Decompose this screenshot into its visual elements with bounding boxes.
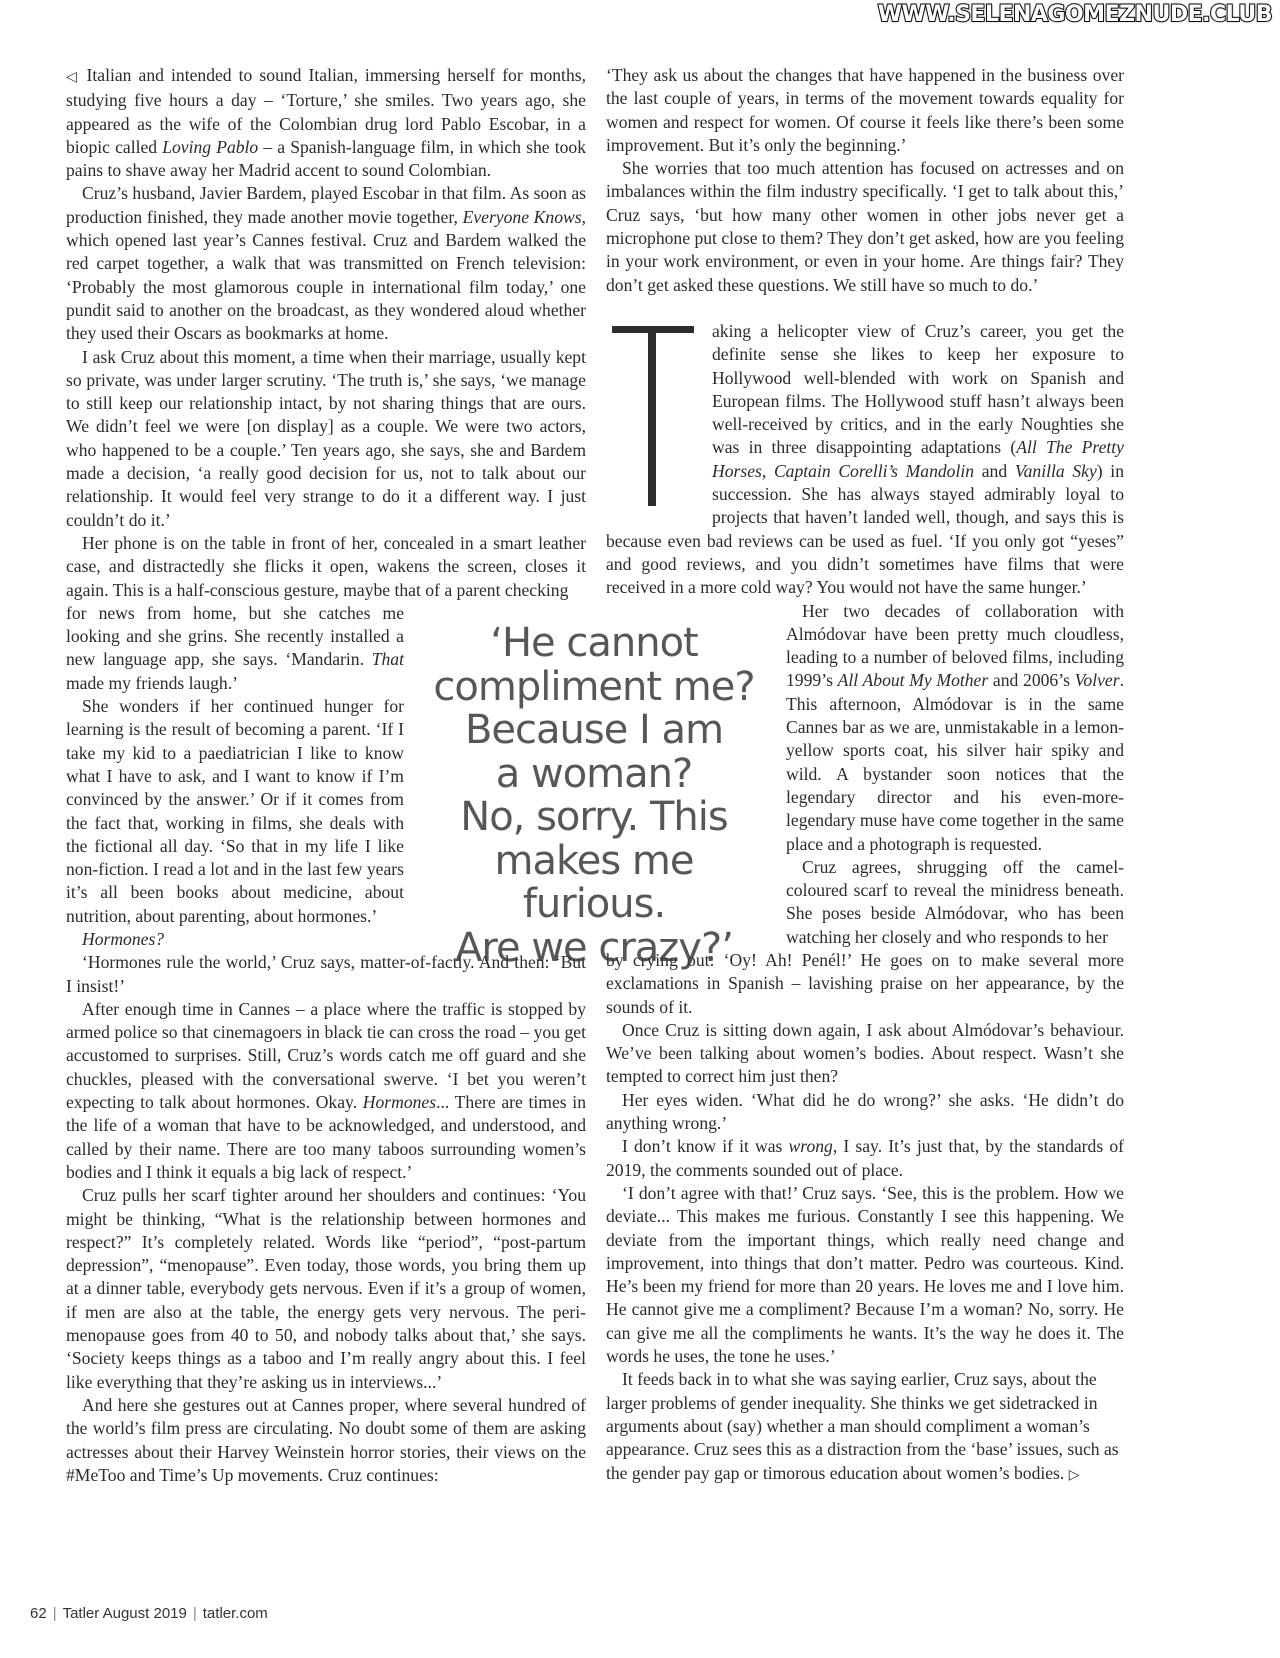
- pull-quote-line: Are we crazy?’: [418, 927, 770, 971]
- paragraph: Her phone is on the table in front of he…: [66, 532, 586, 602]
- pull-quote: ‘He cannot compliment me? Because I am a…: [418, 622, 770, 970]
- paragraph: I ask Cruz about this moment, a time whe…: [66, 346, 586, 532]
- paragraph: She wonders if her continued hunger for …: [66, 695, 404, 928]
- page-number: 62: [30, 1605, 47, 1622]
- paragraph: Her eyes widen. ‘What did he do wrong?’ …: [606, 1089, 1124, 1136]
- paragraph: Her two decades of collaboration with Al…: [786, 600, 1124, 856]
- paragraph: Hormones?: [66, 928, 404, 951]
- continued-from-icon: ◁: [66, 69, 79, 85]
- paragraph: After enough time in Cannes – a place wh…: [66, 998, 586, 1184]
- paragraph: ‘I don’t agree with that!’ Cruz says. ‘S…: [606, 1182, 1124, 1368]
- pull-quote-line: makes me furious.: [418, 840, 770, 927]
- pull-quote-line: No, sorry. This: [418, 796, 770, 840]
- paragraph: It feeds back in to what she was saying …: [606, 1368, 1124, 1486]
- publication-name: Tatler August 2019: [63, 1605, 187, 1622]
- paragraph: ‘They ask us about the changes that have…: [606, 64, 1124, 157]
- drop-cap-section: T aking a helicopter view of Cruz’s care…: [606, 320, 1124, 600]
- page-footer: 62|Tatler August 2019|tatler.com: [30, 1605, 268, 1622]
- pull-quote-line: ‘He cannot: [418, 622, 770, 666]
- paragraph: ◁ Italian and intended to sound Italian,…: [66, 64, 586, 182]
- pull-quote-line: a woman?: [418, 753, 770, 797]
- paragraph: for news from home, but she catches me l…: [66, 602, 404, 695]
- paragraph: Once Cruz is sitting down again, I ask a…: [606, 1019, 1124, 1089]
- film-title: Loving Pablo: [162, 137, 258, 157]
- pull-quote-line: Because I am: [418, 709, 770, 753]
- paragraph: I don’t know if it was wrong, I say. It’…: [606, 1135, 1124, 1182]
- film-title: Everyone Knows: [463, 207, 582, 227]
- pull-quote-line: compliment me?: [418, 666, 770, 710]
- paragraph: She worries that too much attention has …: [606, 157, 1124, 297]
- paragraph: Cruz’s husband, Javier Bardem, played Es…: [66, 182, 586, 345]
- paragraph: And here she gestures out at Cannes prop…: [66, 1394, 586, 1487]
- drop-cap: T: [606, 326, 706, 512]
- website-link[interactable]: tatler.com: [203, 1605, 268, 1622]
- continued-to-icon: ▷: [1069, 1467, 1080, 1483]
- paragraph: Cruz agrees, shrugging off the camel-col…: [786, 856, 1124, 949]
- paragraph: Cruz pulls her scarf tighter around her …: [66, 1184, 586, 1394]
- watermark: WWW.SELENAGOMEZNUDE.CLUB: [878, 2, 1272, 27]
